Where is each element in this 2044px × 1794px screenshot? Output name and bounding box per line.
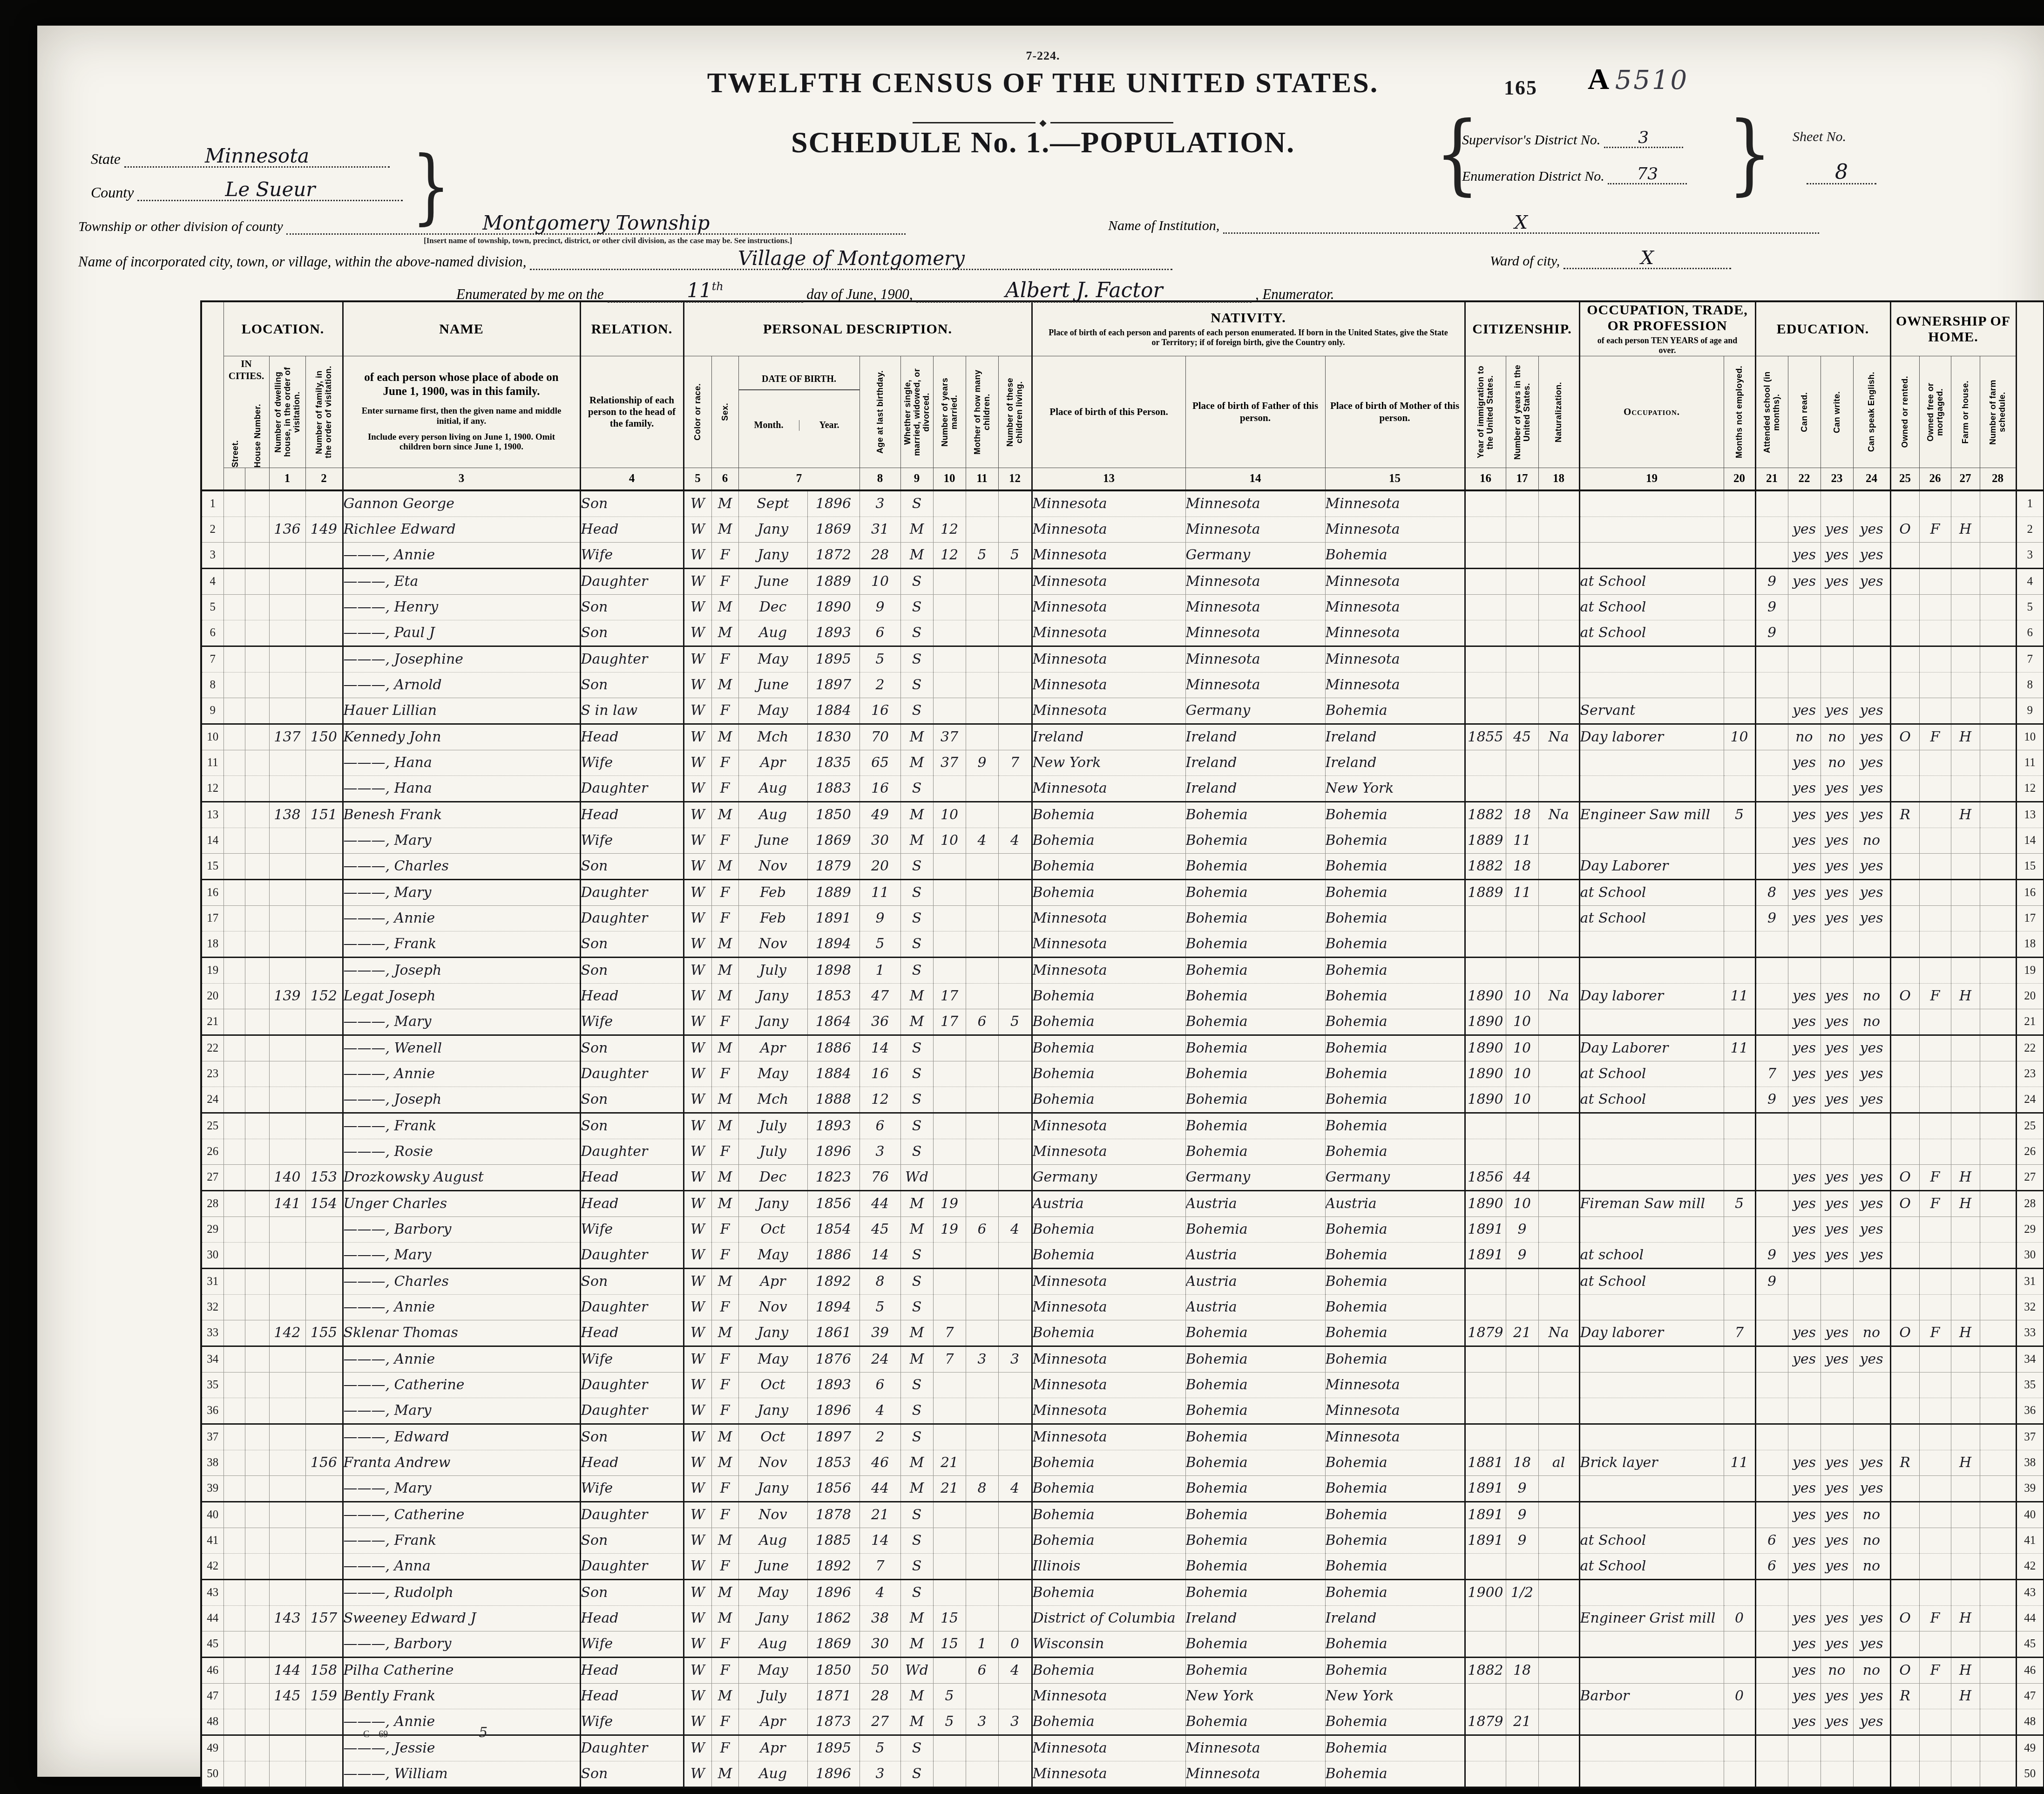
cell-pob_father: Ireland bbox=[1185, 750, 1325, 775]
table-row: 15———, CharlesSonWMNov187920SBohemiaBohe… bbox=[201, 853, 2044, 879]
cell-pob_mother: Bohemia bbox=[1325, 1320, 1465, 1346]
line-number: 39 bbox=[2016, 1475, 2044, 1502]
cell-can_read: yes bbox=[1788, 1709, 1821, 1735]
cell-children_living: 4 bbox=[998, 1475, 1032, 1502]
cell-yrs_married: 21 bbox=[933, 1450, 966, 1475]
cell-house bbox=[245, 1242, 269, 1268]
cell-immigration bbox=[1465, 1268, 1506, 1294]
cell-school_months bbox=[1755, 775, 1788, 802]
cell-free_mortgaged bbox=[1919, 1579, 1951, 1605]
cell-name: ———, Barbory bbox=[343, 1631, 580, 1657]
cell-immigration: 1890 bbox=[1465, 1190, 1506, 1216]
cell-yrs_married bbox=[933, 1242, 966, 1268]
cell-can_speak_english bbox=[1853, 594, 1890, 620]
cell-yrs_married bbox=[933, 620, 966, 646]
cell-sex: M bbox=[711, 1424, 738, 1450]
cell-byear: 1869 bbox=[807, 516, 860, 542]
cell-months_not_employed bbox=[1724, 1061, 1755, 1087]
cell-byear: 1891 bbox=[807, 905, 860, 931]
cell-years_us bbox=[1506, 775, 1538, 802]
cell-color: W bbox=[684, 1528, 711, 1553]
line-number: 8 bbox=[2016, 672, 2044, 698]
cell-can_read: yes bbox=[1788, 1164, 1821, 1190]
cell-years_us: 1/2 bbox=[1506, 1579, 1538, 1605]
cell-yrs_married bbox=[933, 1139, 966, 1164]
cell-pob_father: Austria bbox=[1185, 1294, 1325, 1320]
column-header-farm_schedule: Number of farm schedule. bbox=[1980, 356, 2016, 468]
cell-free_mortgaged bbox=[1919, 1346, 1951, 1372]
column-number: 16 bbox=[1465, 468, 1506, 490]
line-number: 31 bbox=[201, 1268, 223, 1294]
cell-yrs_married bbox=[933, 905, 966, 931]
cell-free_mortgaged bbox=[1919, 1087, 1951, 1113]
column-number: 11 bbox=[966, 468, 998, 490]
cell-relation: Son bbox=[580, 1579, 684, 1605]
cell-occupation bbox=[1579, 1761, 1724, 1787]
stamp-letter: A bbox=[1588, 62, 1608, 95]
cell-children_living bbox=[998, 1242, 1032, 1268]
city-value: Village of Montgomery bbox=[530, 248, 1172, 270]
cell-age: 50 bbox=[860, 1657, 900, 1683]
cell-can_read: yes bbox=[1788, 1346, 1821, 1372]
cell-years_us bbox=[1506, 620, 1538, 646]
cell-naturalization bbox=[1538, 1631, 1579, 1657]
line-number: 9 bbox=[2016, 698, 2044, 724]
cell-pob_father: Bohemia bbox=[1185, 905, 1325, 931]
cell-dwelling bbox=[269, 1475, 305, 1502]
cell-pob: Bohemia bbox=[1032, 802, 1185, 828]
cell-free_mortgaged bbox=[1919, 490, 1951, 517]
cell-years_us bbox=[1506, 1761, 1538, 1787]
cell-house bbox=[245, 646, 269, 672]
cell-pob: Bohemia bbox=[1032, 1320, 1185, 1346]
line-number: 38 bbox=[201, 1450, 223, 1475]
cell-byear: 1850 bbox=[807, 1657, 860, 1683]
cell-occupation: Servant bbox=[1579, 698, 1724, 724]
cell-occupation bbox=[1579, 1657, 1724, 1683]
cell-occupation bbox=[1579, 1424, 1724, 1450]
cell-marital: M bbox=[900, 750, 933, 775]
cell-bmonth: Aug bbox=[738, 802, 807, 828]
cell-occupation: Barbor bbox=[1579, 1683, 1724, 1709]
cell-bmonth: Apr bbox=[738, 750, 807, 775]
cell-owned_rented bbox=[1890, 1268, 1919, 1294]
cell-yrs_married: 12 bbox=[933, 516, 966, 542]
cell-street bbox=[223, 516, 245, 542]
cell-pob_father: Germany bbox=[1185, 1164, 1325, 1190]
cell-relation: Daughter bbox=[580, 1502, 684, 1528]
cell-age: 11 bbox=[860, 879, 900, 905]
line-number: 8 bbox=[201, 672, 223, 698]
cell-farm_house bbox=[1951, 1502, 1980, 1528]
cell-yrs_married bbox=[933, 853, 966, 879]
line-number: 32 bbox=[201, 1294, 223, 1320]
cell-school_months: 6 bbox=[1755, 1553, 1788, 1579]
cell-months_not_employed bbox=[1724, 1553, 1755, 1579]
cell-can_speak_english bbox=[1853, 1372, 1890, 1398]
cell-family bbox=[305, 750, 343, 775]
cell-mother_of: 4 bbox=[966, 828, 998, 853]
cell-pob_father: Bohemia bbox=[1185, 853, 1325, 879]
line-number: 20 bbox=[2016, 983, 2044, 1009]
cell-bmonth: Sept bbox=[738, 490, 807, 517]
cell-can_write: yes bbox=[1821, 905, 1853, 931]
cell-marital: M bbox=[900, 1216, 933, 1242]
cell-mother_of bbox=[966, 490, 998, 517]
cell-yrs_married bbox=[933, 568, 966, 594]
cell-farm_house bbox=[1951, 905, 1980, 931]
cell-yrs_married bbox=[933, 672, 966, 698]
column-number: 12 bbox=[998, 468, 1032, 490]
cell-relation: Son bbox=[580, 931, 684, 957]
cell-school_months bbox=[1755, 1424, 1788, 1450]
cell-yrs_married: 7 bbox=[933, 1346, 966, 1372]
line-number: 45 bbox=[2016, 1631, 2044, 1657]
table-row: 23———, AnnieDaughterWFMay188416SBohemiaB… bbox=[201, 1061, 2044, 1087]
cell-can_speak_english: yes bbox=[1853, 879, 1890, 905]
cell-dwelling bbox=[269, 1113, 305, 1139]
cell-relation: S in law bbox=[580, 698, 684, 724]
cell-dwelling bbox=[269, 1268, 305, 1294]
cell-years_us: 18 bbox=[1506, 1450, 1538, 1475]
cell-children_living bbox=[998, 1113, 1032, 1139]
stamp-number: 5510 bbox=[1615, 65, 1689, 95]
cell-mother_of bbox=[966, 672, 998, 698]
cell-farm_house bbox=[1951, 1242, 1980, 1268]
cell-bmonth: Feb bbox=[738, 879, 807, 905]
line-number: 24 bbox=[201, 1087, 223, 1113]
cell-school_months bbox=[1755, 1709, 1788, 1735]
cell-house bbox=[245, 905, 269, 931]
cell-marital: M bbox=[900, 802, 933, 828]
cell-name: ———, Mary bbox=[343, 1242, 580, 1268]
cell-can_write: yes bbox=[1821, 775, 1853, 802]
cell-mother_of bbox=[966, 1398, 998, 1424]
cell-free_mortgaged bbox=[1919, 1450, 1951, 1475]
cell-pob_mother: Bohemia bbox=[1325, 983, 1465, 1009]
enumerated-line: Enumerated by me on the 11th day of June… bbox=[456, 280, 1334, 303]
cell-name: ———, Mary bbox=[343, 1475, 580, 1502]
cell-farm_house bbox=[1951, 853, 1980, 879]
cell-street bbox=[223, 672, 245, 698]
cell-color: W bbox=[684, 1631, 711, 1657]
cell-children_living: 4 bbox=[998, 828, 1032, 853]
cell-can_speak_english bbox=[1853, 672, 1890, 698]
cell-yrs_married: 37 bbox=[933, 724, 966, 750]
cell-age: 14 bbox=[860, 1035, 900, 1061]
cell-years_us: 10 bbox=[1506, 983, 1538, 1009]
cell-relation: Son bbox=[580, 1087, 684, 1113]
cell-children_living bbox=[998, 1424, 1032, 1450]
cell-sex: M bbox=[711, 1035, 738, 1061]
cell-can_write: yes bbox=[1821, 1009, 1853, 1035]
cell-can_speak_english bbox=[1853, 1398, 1890, 1424]
cell-can_read bbox=[1788, 1735, 1821, 1761]
cell-sex: M bbox=[711, 957, 738, 983]
cell-color: W bbox=[684, 1268, 711, 1294]
cell-sex: F bbox=[711, 1294, 738, 1320]
cell-naturalization bbox=[1538, 1475, 1579, 1502]
cell-marital: S bbox=[900, 672, 933, 698]
cell-age: 14 bbox=[860, 1242, 900, 1268]
cell-age: 28 bbox=[860, 542, 900, 568]
cell-name: ———, Annie bbox=[343, 542, 580, 568]
cell-owned_rented bbox=[1890, 1709, 1919, 1735]
line-number: 34 bbox=[2016, 1346, 2044, 1372]
cell-immigration bbox=[1465, 490, 1506, 517]
cell-free_mortgaged bbox=[1919, 542, 1951, 568]
cell-farm_house bbox=[1951, 1709, 1980, 1735]
cell-age: 8 bbox=[860, 1268, 900, 1294]
supervisor-label: Supervisor's District No. bbox=[1462, 132, 1600, 148]
cell-can_speak_english: yes bbox=[1853, 542, 1890, 568]
cell-months_not_employed bbox=[1724, 516, 1755, 542]
cell-children_living bbox=[998, 1190, 1032, 1216]
cell-can_write: no bbox=[1821, 724, 1853, 750]
cell-owned_rented bbox=[1890, 1139, 1919, 1164]
cell-can_speak_english bbox=[1853, 1268, 1890, 1294]
cell-owned_rented bbox=[1890, 828, 1919, 853]
cell-yrs_married: 5 bbox=[933, 1709, 966, 1735]
cell-months_not_employed bbox=[1724, 1216, 1755, 1242]
cell-sex: F bbox=[711, 750, 738, 775]
cell-sex: M bbox=[711, 1683, 738, 1709]
cell-relation: Daughter bbox=[580, 646, 684, 672]
cell-occupation: Day laborer bbox=[1579, 983, 1724, 1009]
cell-immigration bbox=[1465, 1139, 1506, 1164]
cell-family bbox=[305, 1294, 343, 1320]
cell-byear: 1893 bbox=[807, 620, 860, 646]
cell-can_read bbox=[1788, 1761, 1821, 1787]
cell-immigration bbox=[1465, 1605, 1506, 1631]
cell-pob_father: Bohemia bbox=[1185, 931, 1325, 957]
cell-years_us bbox=[1506, 750, 1538, 775]
column-header-occupation: Occupation. bbox=[1579, 356, 1724, 468]
table-row: 36———, MaryDaughterWFJany18964SMinnesota… bbox=[201, 1398, 2044, 1424]
line-number-header-left bbox=[201, 301, 223, 490]
cell-yrs_married: 7 bbox=[933, 1320, 966, 1346]
cell-children_living bbox=[998, 1061, 1032, 1087]
cell-months_not_employed bbox=[1724, 1346, 1755, 1372]
cell-marital: S bbox=[900, 931, 933, 957]
cell-naturalization: Na bbox=[1538, 802, 1579, 828]
cell-sex: M bbox=[711, 620, 738, 646]
cell-school_months bbox=[1755, 1631, 1788, 1657]
column-header-marital: Whether single, married, widowed, or div… bbox=[900, 356, 933, 468]
cell-free_mortgaged: F bbox=[1919, 724, 1951, 750]
table-row: 43———, RudolphSonWMMay18964SBohemiaBohem… bbox=[201, 1579, 2044, 1605]
ward-field: Ward of city, X bbox=[1490, 248, 1731, 269]
cell-bmonth: Oct bbox=[738, 1216, 807, 1242]
cell-farm_schedule bbox=[1980, 620, 2016, 646]
cell-occupation: at School bbox=[1579, 620, 1724, 646]
cell-pob_father: Bohemia bbox=[1185, 1709, 1325, 1735]
cell-years_us: 10 bbox=[1506, 1087, 1538, 1113]
cell-bmonth: Jany bbox=[738, 1398, 807, 1424]
cell-farm_house bbox=[1951, 1294, 1980, 1320]
cell-months_not_employed bbox=[1724, 1164, 1755, 1190]
cell-pob_father: Austria bbox=[1185, 1268, 1325, 1294]
cell-occupation bbox=[1579, 1579, 1724, 1605]
cell-house bbox=[245, 724, 269, 750]
cell-years_us: 9 bbox=[1506, 1216, 1538, 1242]
line-number: 36 bbox=[2016, 1398, 2044, 1424]
cell-immigration: 1882 bbox=[1465, 853, 1506, 879]
table-row: 32———, AnnieDaughterWFNov18945SMinnesota… bbox=[201, 1294, 2044, 1320]
cell-pob: Bohemia bbox=[1032, 983, 1185, 1009]
cell-pob: Minnesota bbox=[1032, 594, 1185, 620]
cell-can_write: yes bbox=[1821, 1502, 1853, 1528]
cell-dwelling bbox=[269, 1294, 305, 1320]
line-number: 7 bbox=[2016, 646, 2044, 672]
cell-can_read: yes bbox=[1788, 1605, 1821, 1631]
cell-pob_father: Bohemia bbox=[1185, 983, 1325, 1009]
cell-age: 44 bbox=[860, 1475, 900, 1502]
cell-can_read bbox=[1788, 646, 1821, 672]
cell-naturalization bbox=[1538, 516, 1579, 542]
cell-pob: Bohemia bbox=[1032, 1009, 1185, 1035]
column-number: 17 bbox=[1506, 468, 1538, 490]
cell-children_living bbox=[998, 1398, 1032, 1424]
cell-marital: M bbox=[900, 1683, 933, 1709]
cell-color: W bbox=[684, 724, 711, 750]
cell-free_mortgaged bbox=[1919, 1424, 1951, 1450]
cell-color: W bbox=[684, 490, 711, 517]
cell-can_read bbox=[1788, 594, 1821, 620]
line-number: 9 bbox=[201, 698, 223, 724]
cell-owned_rented bbox=[1890, 1475, 1919, 1502]
cell-can_speak_english: no bbox=[1853, 1009, 1890, 1035]
cell-sex: M bbox=[711, 490, 738, 517]
cell-street bbox=[223, 1087, 245, 1113]
page-number: 165 bbox=[1504, 76, 1537, 100]
cell-farm_schedule bbox=[1980, 1475, 2016, 1502]
cell-can_write: yes bbox=[1821, 698, 1853, 724]
cell-dwelling: 140 bbox=[269, 1164, 305, 1190]
cell-naturalization bbox=[1538, 828, 1579, 853]
cell-family bbox=[305, 1424, 343, 1450]
column-header-can_write: Can write. bbox=[1821, 356, 1853, 468]
column-number: 7 bbox=[738, 468, 860, 490]
cell-free_mortgaged bbox=[1919, 828, 1951, 853]
cell-free_mortgaged: F bbox=[1919, 1605, 1951, 1631]
cell-family bbox=[305, 1087, 343, 1113]
cell-color: W bbox=[684, 672, 711, 698]
cell-byear: 1896 bbox=[807, 1398, 860, 1424]
cell-owned_rented bbox=[1890, 1035, 1919, 1061]
cell-farm_schedule bbox=[1980, 1631, 2016, 1657]
institution-field: Name of Institution, X bbox=[1108, 213, 1819, 234]
cell-can_read bbox=[1788, 1139, 1821, 1164]
cell-owned_rented bbox=[1890, 568, 1919, 594]
cell-house bbox=[245, 1346, 269, 1372]
cell-mother_of: 6 bbox=[966, 1009, 998, 1035]
institution-value: X bbox=[1223, 213, 1819, 234]
cell-sex: F bbox=[711, 1657, 738, 1683]
cell-house bbox=[245, 1657, 269, 1683]
page-title: TWELFTH CENSUS OF THE UNITED STATES. bbox=[37, 67, 2044, 100]
cell-owned_rented: O bbox=[1890, 516, 1919, 542]
cell-sex: M bbox=[711, 931, 738, 957]
cell-bmonth: Nov bbox=[738, 1450, 807, 1475]
cell-years_us bbox=[1506, 1346, 1538, 1372]
cell-owned_rented bbox=[1890, 1631, 1919, 1657]
cell-relation: Daughter bbox=[580, 1553, 684, 1579]
cell-immigration: 1890 bbox=[1465, 1035, 1506, 1061]
cell-years_us bbox=[1506, 542, 1538, 568]
cell-pob_mother: Minnesota bbox=[1325, 516, 1465, 542]
cell-years_us bbox=[1506, 931, 1538, 957]
cell-mother_of bbox=[966, 1528, 998, 1553]
cell-relation: Wife bbox=[580, 1216, 684, 1242]
cell-color: W bbox=[684, 1035, 711, 1061]
cell-marital: S bbox=[900, 1061, 933, 1087]
cell-street bbox=[223, 1190, 245, 1216]
cell-occupation bbox=[1579, 1216, 1724, 1242]
cell-bmonth: Mch bbox=[738, 724, 807, 750]
cell-name: ———, Mary bbox=[343, 1398, 580, 1424]
cell-can_read: yes bbox=[1788, 542, 1821, 568]
cell-pob: Minnesota bbox=[1032, 1294, 1185, 1320]
cell-years_us bbox=[1506, 1268, 1538, 1294]
cell-family bbox=[305, 1035, 343, 1061]
cell-owned_rented: R bbox=[1890, 1450, 1919, 1475]
cell-pob_mother: Minnesota bbox=[1325, 568, 1465, 594]
cell-mother_of bbox=[966, 1242, 998, 1268]
enumerated-day-suffix: th bbox=[712, 280, 724, 293]
cell-yrs_married bbox=[933, 1528, 966, 1553]
cell-years_us: 45 bbox=[1506, 724, 1538, 750]
cell-byear: 1853 bbox=[807, 1450, 860, 1475]
cell-marital: S bbox=[900, 1528, 933, 1553]
cell-name: Gannon George bbox=[343, 490, 580, 517]
cell-immigration: 1890 bbox=[1465, 1087, 1506, 1113]
enumerator-suffix: , Enumerator. bbox=[1255, 286, 1334, 302]
cell-months_not_employed bbox=[1724, 1475, 1755, 1502]
table-row: 25———, FrankSonWMJuly18936SMinnesotaBohe… bbox=[201, 1113, 2044, 1139]
cell-pob_mother: Bohemia bbox=[1325, 828, 1465, 853]
cell-pob: Germany bbox=[1032, 1164, 1185, 1190]
cell-mother_of: 5 bbox=[966, 542, 998, 568]
cell-can_read: yes bbox=[1788, 1035, 1821, 1061]
cell-family bbox=[305, 1579, 343, 1605]
cell-can_read: yes bbox=[1788, 698, 1821, 724]
line-number: 19 bbox=[2016, 957, 2044, 983]
cell-occupation bbox=[1579, 1009, 1724, 1035]
cell-pob: Minnesota bbox=[1032, 1139, 1185, 1164]
cell-can_speak_english: yes bbox=[1853, 698, 1890, 724]
cell-pob_father: Minnesota bbox=[1185, 516, 1325, 542]
cell-occupation bbox=[1579, 672, 1724, 698]
cell-farm_schedule bbox=[1980, 750, 2016, 775]
cell-name: ———, Annie bbox=[343, 1061, 580, 1087]
cell-years_us: 9 bbox=[1506, 1242, 1538, 1268]
line-number: 29 bbox=[201, 1216, 223, 1242]
cell-marital: S bbox=[900, 594, 933, 620]
cell-pob_father: Germany bbox=[1185, 698, 1325, 724]
group-header: EDUCATION. bbox=[1755, 301, 1890, 356]
cell-months_not_employed bbox=[1724, 1294, 1755, 1320]
line-number: 42 bbox=[201, 1553, 223, 1579]
township-value: Montgomery Township bbox=[286, 213, 906, 235]
cell-can_read: yes bbox=[1788, 1475, 1821, 1502]
line-number: 43 bbox=[2016, 1579, 2044, 1605]
cell-byear: 1879 bbox=[807, 853, 860, 879]
line-number: 50 bbox=[201, 1761, 223, 1787]
cell-can_speak_english: yes bbox=[1853, 1242, 1890, 1268]
cell-family bbox=[305, 1242, 343, 1268]
cell-children_living bbox=[998, 646, 1032, 672]
